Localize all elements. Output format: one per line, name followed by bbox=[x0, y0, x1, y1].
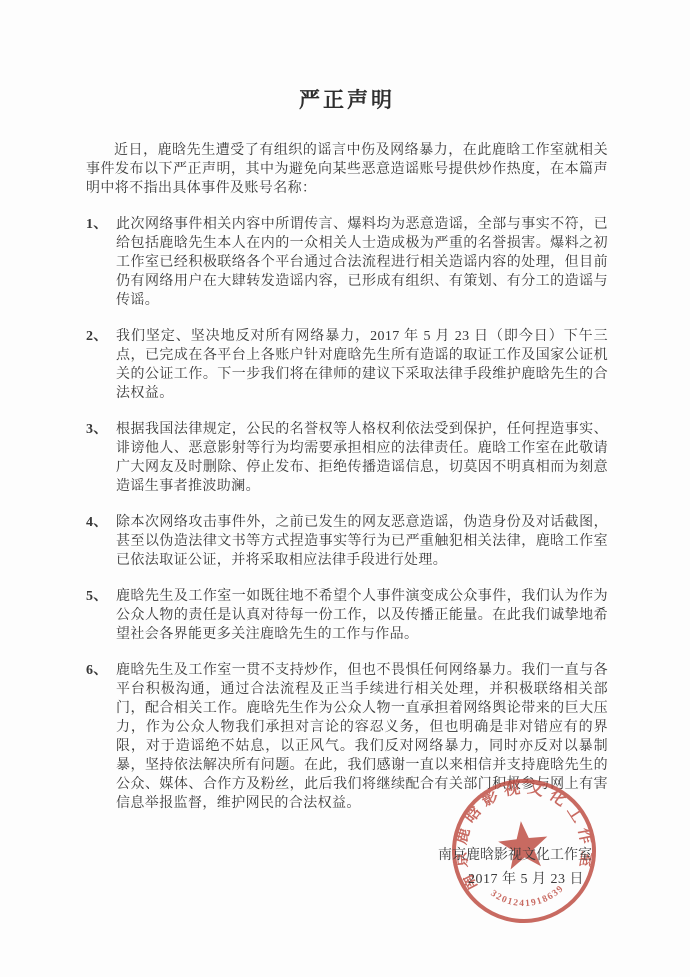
statement-item-4: 4、 除本次网络攻击事件外，之前已发生的网友恶意造谣，伪造身份及对话截图，甚至以… bbox=[86, 513, 608, 570]
intro-paragraph: 近日，鹿晗先生遭受了有组织的谣言中伤及网络暴力，在此鹿晗工作室就相关事件发布以下… bbox=[86, 141, 608, 198]
item-number: 1、 bbox=[86, 215, 116, 310]
item-number: 4、 bbox=[86, 513, 116, 570]
item-number: 5、 bbox=[86, 587, 116, 644]
signature-date: 2017 年 5 月 23 日 bbox=[438, 870, 592, 889]
signature-name: 南京鹿晗影视文化工作室 bbox=[438, 846, 592, 865]
document-content: 严正声明 近日，鹿晗先生遭受了有组织的谣言中伤及网络暴力，在此鹿晗工作室就相关事… bbox=[86, 0, 608, 813]
statement-document: 严正声明 近日，鹿晗先生遭受了有组织的谣言中伤及网络暴力，在此鹿晗工作室就相关事… bbox=[0, 0, 690, 977]
statement-item-2: 2、 我们坚定、坚决地反对所有网络暴力，2017 年 5 月 23 日（即今日）… bbox=[86, 327, 608, 403]
item-text: 鹿晗先生及工作室一如既往地不希望个人事件演变成公众事件，我们认为作为公众人物的责… bbox=[116, 587, 608, 644]
item-text: 我们坚定、坚决地反对所有网络暴力，2017 年 5 月 23 日（即今日）下午三… bbox=[116, 327, 608, 403]
statement-item-1: 1、 此次网络事件相关内容中所谓传言、爆料均为恶意造谣，全部与事实不符，已给包括… bbox=[86, 215, 608, 310]
item-number: 6、 bbox=[86, 661, 116, 813]
statement-list: 1、 此次网络事件相关内容中所谓传言、爆料均为恶意造谣，全部与事实不符，已给包括… bbox=[86, 215, 608, 813]
item-text: 根据我国法律规定，公民的名誉权等人格权利依法受到保护，任何捏造事实、诽谤他人、恶… bbox=[116, 420, 608, 496]
item-text: 除本次网络攻击事件外，之前已发生的网友恶意造谣，伪造身份及对话截图，甚至以伪造法… bbox=[116, 513, 608, 570]
item-number: 3、 bbox=[86, 420, 116, 496]
statement-item-3: 3、 根据我国法律规定，公民的名誉权等人格权利依法受到保护，任何捏造事实、诽谤他… bbox=[86, 420, 608, 496]
item-text: 此次网络事件相关内容中所谓传言、爆料均为恶意造谣，全部与事实不符，已给包括鹿晗先… bbox=[116, 215, 608, 310]
signature-block: 南京鹿晗影视文化工作室 2017 年 5 月 23 日 bbox=[438, 846, 592, 889]
item-number: 2、 bbox=[86, 327, 116, 403]
statement-item-5: 5、 鹿晗先生及工作室一如既往地不希望个人事件演变成公众事件，我们认为作为公众人… bbox=[86, 587, 608, 644]
page-title: 严正声明 bbox=[86, 84, 608, 114]
